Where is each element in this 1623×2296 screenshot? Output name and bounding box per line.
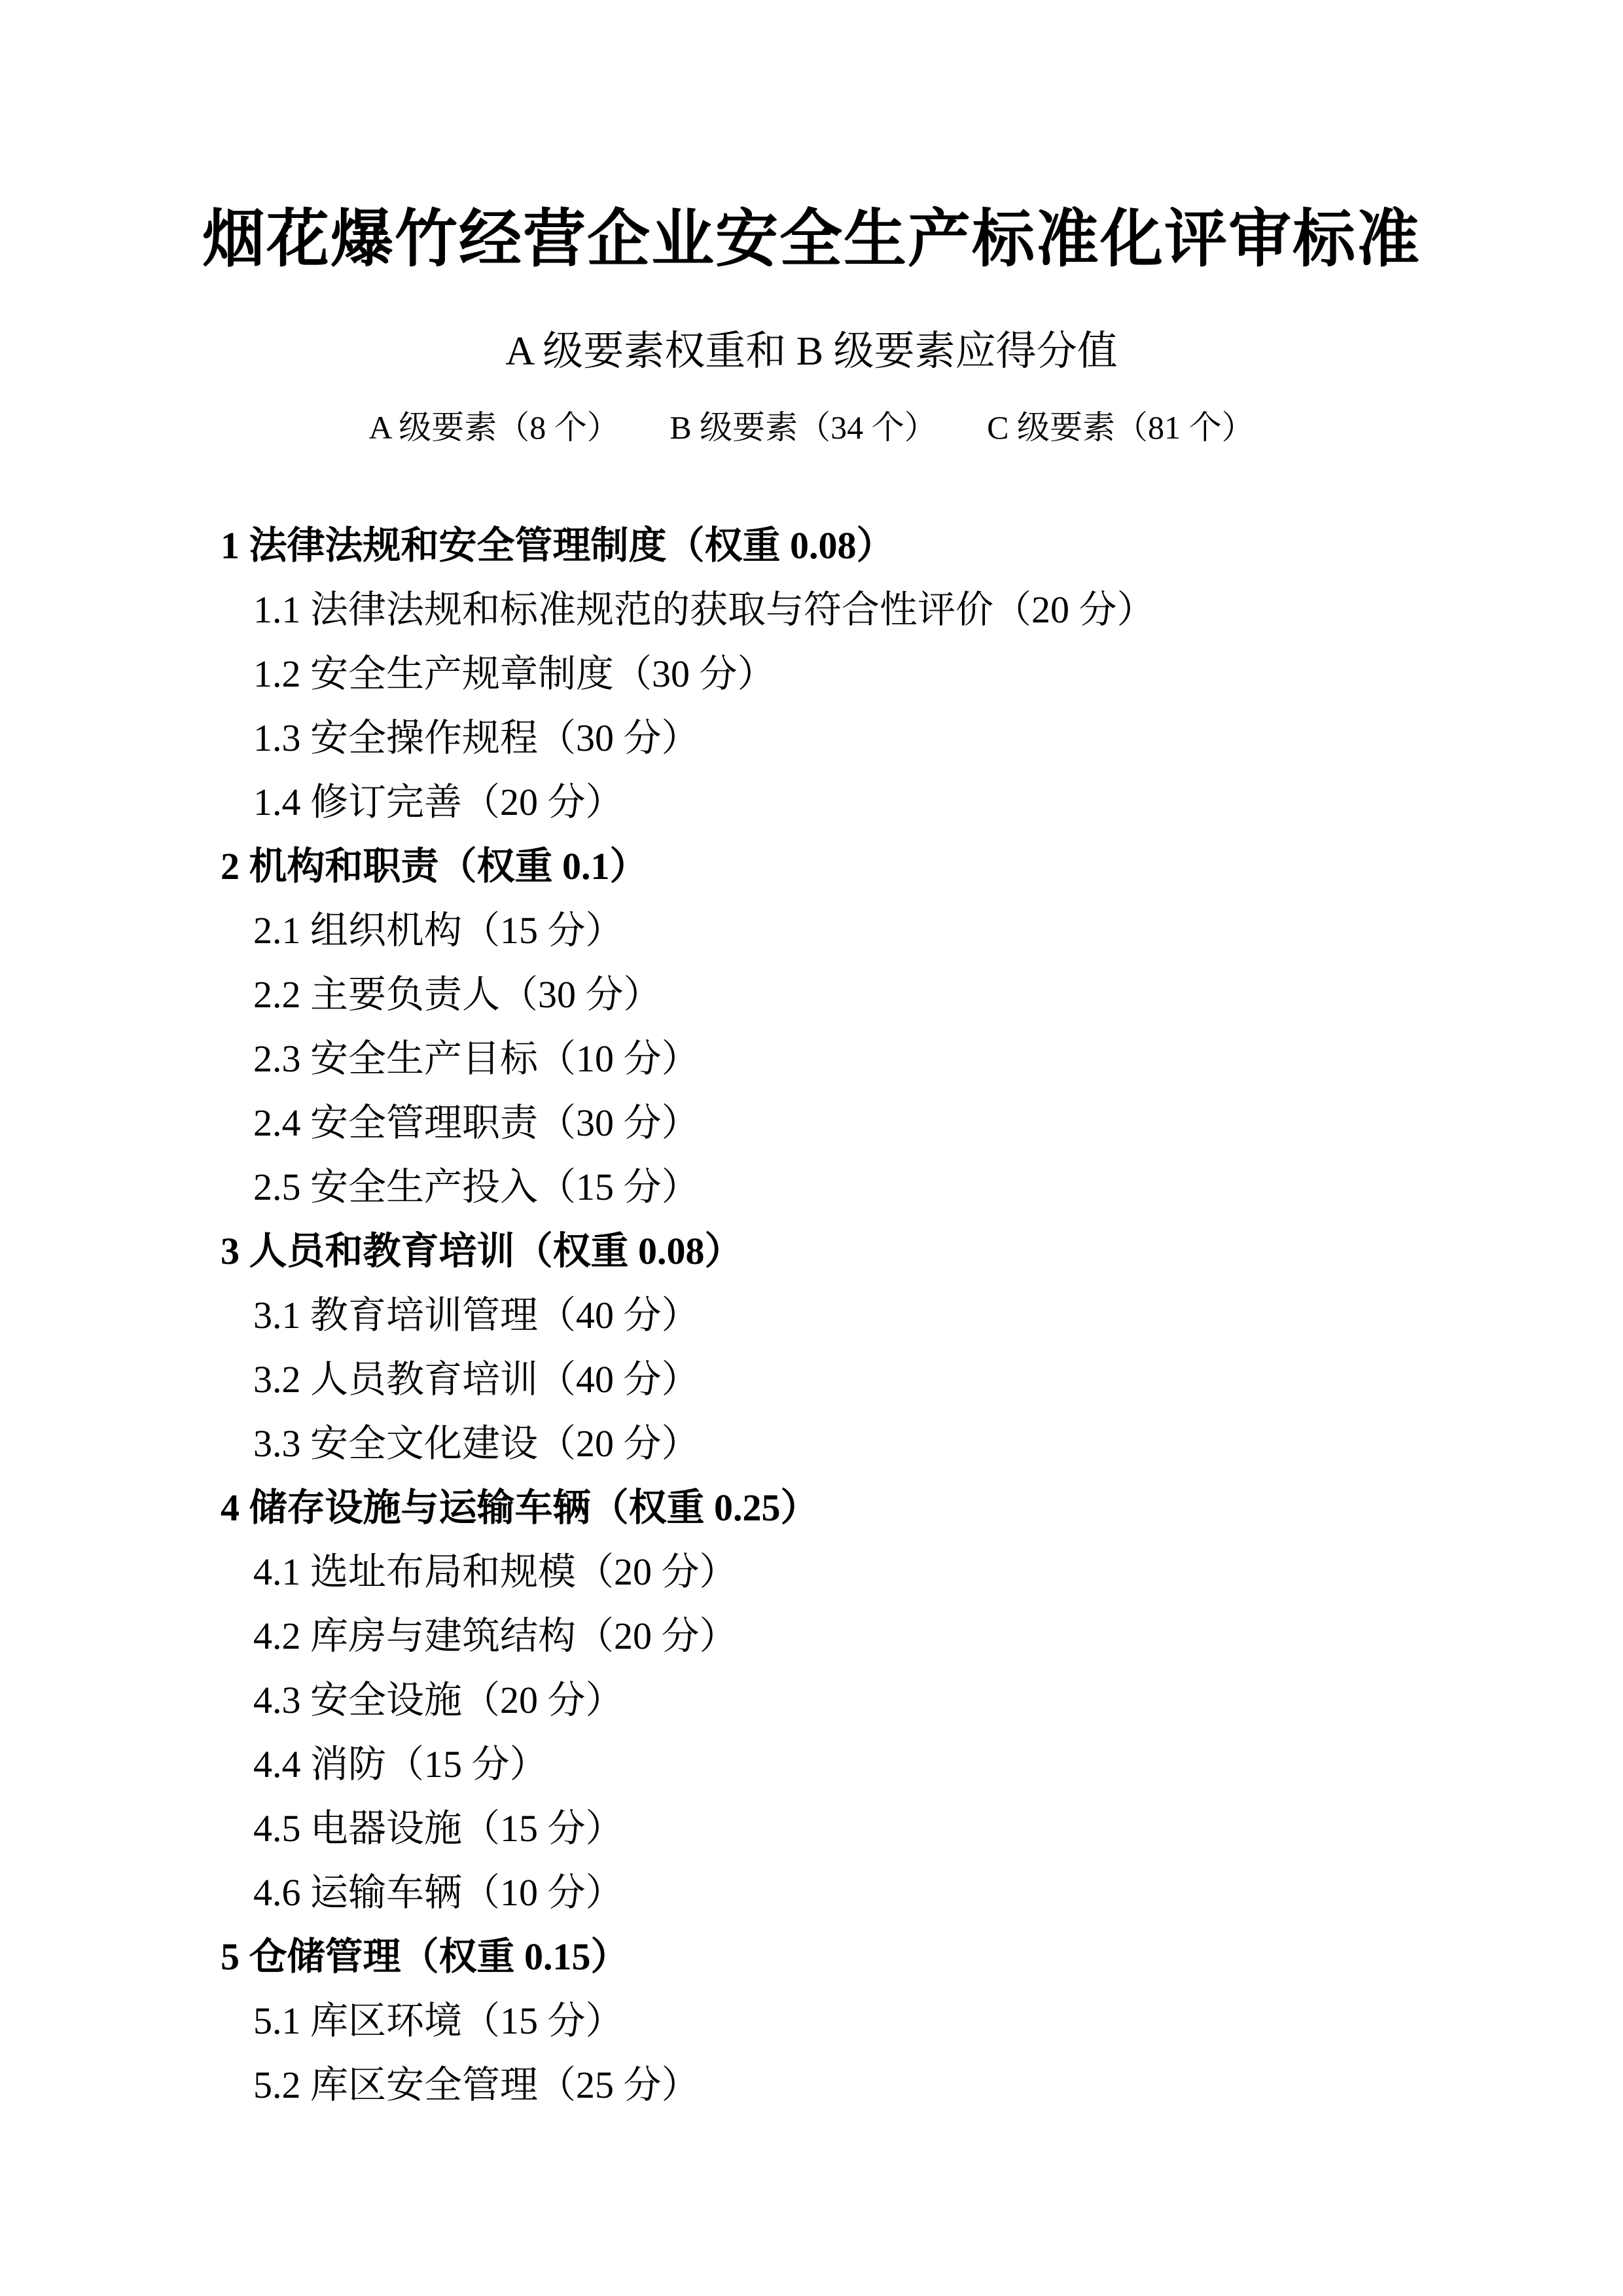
outline: 1 法律法规和安全管理制度（权重 0.08） 1.1 法律法规和标准规范的获取与… bbox=[0, 514, 1623, 2117]
outline-item: 1.4 修订完善（20 分） bbox=[0, 770, 1623, 834]
outline-item: 1.1 法律法规和标准规范的获取与符合性评价（20 分） bbox=[0, 578, 1623, 642]
summary-item-c: C 级要素（81 个） bbox=[987, 409, 1254, 446]
outline-item: 2.3 安全生产目标（10 分） bbox=[0, 1027, 1623, 1091]
outline-item: 5.1 库区环境（15 分） bbox=[0, 1989, 1623, 2053]
outline-item: 2.1 组织机构（15 分） bbox=[0, 899, 1623, 963]
page-subtitle: A 级要素权重和 B 级要素应得分值 bbox=[0, 331, 1623, 372]
outline-item: 3.3 安全文化建设（20 分） bbox=[0, 1412, 1623, 1476]
page-title: 烟花爆竹经营企业安全生产标准化评审标准 bbox=[0, 208, 1623, 271]
outline-item: 3.1 教育培训管理（40 分） bbox=[0, 1283, 1623, 1348]
section-heading-4: 4 储存设施与运输车辆（权重 0.25） bbox=[0, 1476, 1623, 1540]
section-heading-2: 2 机构和职责（权重 0.1） bbox=[0, 834, 1623, 899]
outline-item: 2.4 安全管理职责（30 分） bbox=[0, 1091, 1623, 1155]
outline-item: 5.2 库区安全管理（25 分） bbox=[0, 2053, 1623, 2117]
outline-item: 4.2 库房与建筑结构（20 分） bbox=[0, 1604, 1623, 1668]
outline-item: 1.3 安全操作规程（30 分） bbox=[0, 706, 1623, 770]
summary-item-b: B 级要素（34 个） bbox=[669, 409, 936, 446]
section-heading-1: 1 法律法规和安全管理制度（权重 0.08） bbox=[0, 514, 1623, 578]
section-heading-5: 5 仓储管理（权重 0.15） bbox=[0, 1925, 1623, 1989]
outline-item: 1.2 安全生产规章制度（30 分） bbox=[0, 642, 1623, 706]
document-page: 烟花爆竹经营企业安全生产标准化评审标准 A 级要素权重和 B 级要素应得分值 A… bbox=[0, 0, 1623, 2296]
outline-item: 3.2 人员教育培训（40 分） bbox=[0, 1348, 1623, 1412]
outline-item: 4.4 消防（15 分） bbox=[0, 1732, 1623, 1797]
outline-item: 4.5 电器设施（15 分） bbox=[0, 1797, 1623, 1861]
section-heading-3: 3 人员和教育培训（权重 0.08） bbox=[0, 1219, 1623, 1283]
summary-item-a: A 级要素（8 个） bbox=[368, 409, 619, 446]
summary-line: A 级要素（8 个） B 级要素（34 个） C 级要素（81 个） bbox=[0, 411, 1623, 444]
outline-item: 2.5 安全生产投入（15 分） bbox=[0, 1155, 1623, 1219]
outline-item: 4.6 运输车辆（10 分） bbox=[0, 1861, 1623, 1925]
outline-item: 2.2 主要负责人（30 分） bbox=[0, 963, 1623, 1027]
outline-item: 4.1 选址布局和规模（20 分） bbox=[0, 1540, 1623, 1604]
outline-item: 4.3 安全设施（20 分） bbox=[0, 1668, 1623, 1732]
